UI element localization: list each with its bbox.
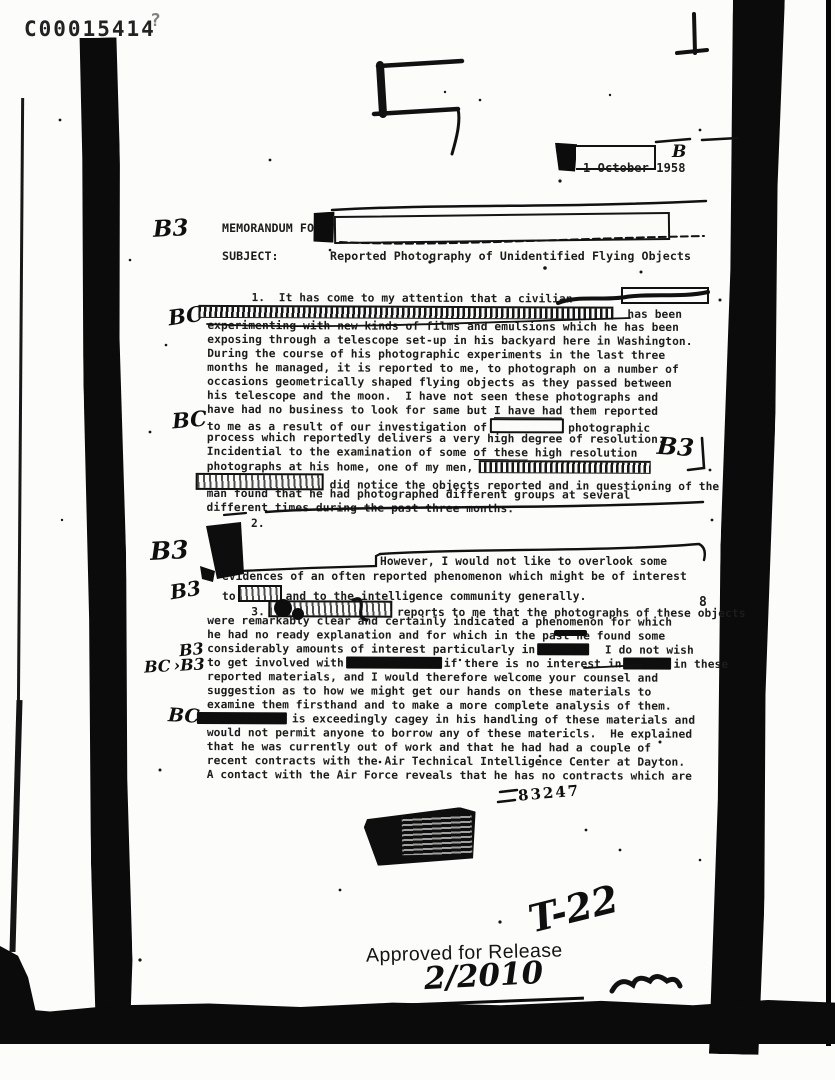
document-date: 1 October 1958	[583, 161, 686, 175]
redaction-box	[624, 658, 672, 670]
redaction-box	[346, 657, 442, 669]
memo-line: However, I would not like to overlook so…	[380, 555, 667, 569]
subject-label: SUBJECT:	[222, 249, 279, 263]
margin-code-b3-p2: B3	[149, 535, 189, 566]
margin-code-b: B	[672, 142, 686, 162]
serial-artifact-mark: ?	[150, 14, 161, 28]
margin-code-bc-p3: BC	[167, 704, 200, 728]
scanned-document-page: C00015414 ? 1 October 1958 B B3 MEMORAND…	[0, 0, 835, 1080]
redaction-box	[490, 418, 564, 433]
memo-for-label: MEMORANDUM FOR:	[222, 221, 328, 235]
memo-line: A contact with the Air Force reveals tha…	[207, 768, 745, 784]
subject-value: Reported Photography of Unidentified Fly…	[330, 249, 691, 263]
ink-stamp-blob	[364, 807, 477, 866]
paragraph-1: 1. It has come to my attention that a ci…	[207, 291, 721, 517]
document-serial-number: C00015414	[24, 16, 156, 42]
binding-band-left	[78, 37, 134, 1040]
memo-redaction-topline	[332, 201, 706, 210]
margin-code-b3-memo: B3	[152, 214, 189, 243]
pen-mark-perpendicular	[677, 14, 707, 53]
date-overline-dashes	[656, 138, 738, 142]
redaction-wedge-memo	[312, 212, 335, 244]
redaction-box	[537, 643, 589, 655]
scan-edge-line-left	[17, 98, 24, 718]
bottom-right-scribble	[612, 977, 680, 992]
ink-stamp-texture	[402, 815, 472, 855]
memo-line: evidences of an often reported phenomeno…	[222, 570, 687, 584]
p2-redaction-stepline	[240, 554, 380, 571]
redaction-box	[197, 712, 287, 724]
memo-line: different times during the past three mo…	[207, 501, 720, 517]
margin-code-bc-p1b: BC	[171, 406, 208, 434]
paragraph-2-number: 2.	[251, 517, 265, 531]
pen-mark-five	[374, 61, 462, 154]
margin-code-b3-p2b: B3	[168, 576, 202, 605]
margin-code-bc-b3-p3: BC ›B3	[144, 654, 206, 676]
binding-band-bottom	[0, 1000, 835, 1044]
paragraph-3: 3.reports to me that the photographs of …	[207, 600, 746, 784]
number-stamp-dashes	[498, 790, 517, 802]
t22-handwritten-mark: T-22	[524, 876, 623, 942]
redaction-scribble	[198, 305, 613, 320]
redaction-box-memo-recipient	[334, 212, 670, 244]
release-date-handwritten: 2/2010	[423, 955, 544, 997]
redaction-scribble	[478, 460, 650, 474]
corner-blob-bottom-left	[0, 946, 36, 1044]
scan-edge-line-right	[826, 0, 831, 1046]
binding-band-right	[709, 0, 785, 1055]
scan-edge-line-left-lower	[9, 700, 22, 952]
doc-number-stamp: 83247	[517, 781, 581, 804]
